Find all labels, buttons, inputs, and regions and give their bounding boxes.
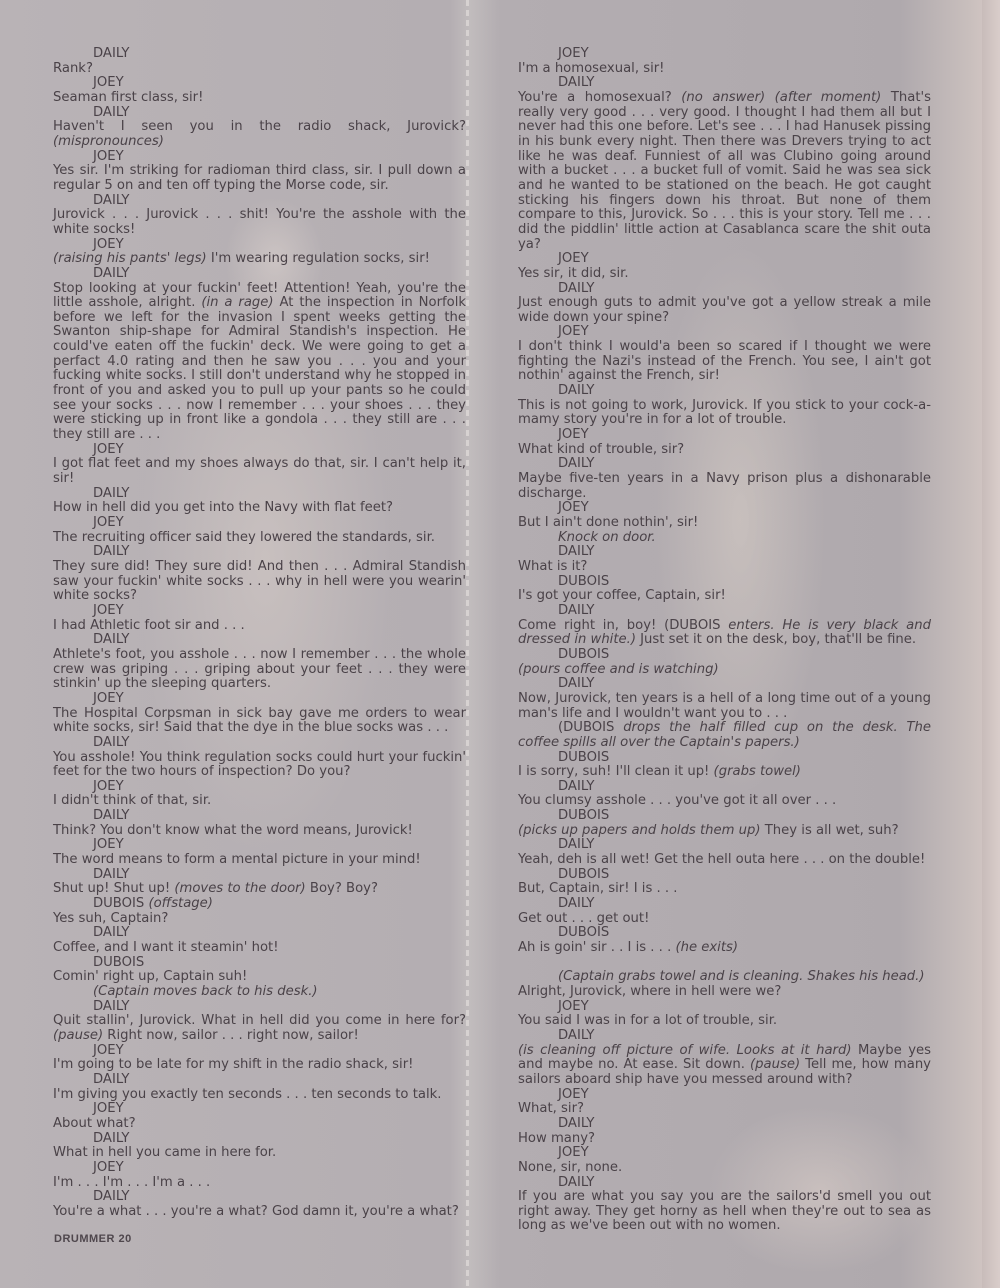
dialogue-line: But, Captain, sir! I is . . . xyxy=(518,882,931,897)
dialogue-text: I'm going to be late for my shift in the… xyxy=(53,1057,413,1072)
dialogue-line: Yes suh, Captain? xyxy=(53,912,466,927)
dialogue-text: I'm . . . I'm . . . I'm a . . . xyxy=(53,1175,210,1190)
speaker-name: JOEY xyxy=(518,47,931,62)
speaker-name: DAILY xyxy=(518,282,931,297)
stage-direction: (he exits) xyxy=(675,940,738,955)
dialogue-line: Now, Jurovick, ten years is a hell of a … xyxy=(518,692,931,721)
speaker-name: DUBOIS xyxy=(518,926,931,941)
dialogue-text: I is sorry, suh! I'll clean it up! xyxy=(518,764,714,779)
dialogue-line: They sure did! They sure did! And then .… xyxy=(53,560,466,604)
dialogue-line: Haven't I seen you in the radio shack, J… xyxy=(53,120,466,149)
dialogue-text: You clumsy asshole . . . you've got it a… xyxy=(518,793,836,808)
dialogue-line: Shut up! Shut up! (moves to the door) Bo… xyxy=(53,882,466,897)
speaker-name: DUBOIS (offstage) xyxy=(53,897,466,912)
dialogue-line: Maybe five-ten years in a Navy prison pl… xyxy=(518,472,931,501)
dialogue-text: The word means to form a mental picture … xyxy=(53,852,421,867)
page-edge xyxy=(982,0,1000,1288)
dialogue-line: How many? xyxy=(518,1132,931,1147)
speaker-name: JOEY xyxy=(518,1000,931,1015)
dialogue-text: Yes sir, it did, sir. xyxy=(518,266,629,281)
stage-direction: (grabs towel) xyxy=(714,764,801,779)
dialogue-line: I didn't think of that, sir. xyxy=(53,794,466,809)
speaker-name: JOEY xyxy=(53,692,466,707)
speaker-name: JOEY xyxy=(53,780,466,795)
dialogue-line: (picks up papers and holds them up) They… xyxy=(518,824,931,839)
speaker-name: DAILY xyxy=(518,545,931,560)
dialogue-line: I don't think I would'a been so scared i… xyxy=(518,340,931,384)
dialogue-text: I don't think I would'a been so scared i… xyxy=(518,339,931,383)
dialogue-text: Maybe five-ten years in a Navy prison pl… xyxy=(518,471,931,501)
stage-direction: (moves to the door) xyxy=(174,881,305,896)
speaker-name: JOEY xyxy=(53,604,466,619)
speaker-name: JOEY xyxy=(53,443,466,458)
dialogue-text: About what? xyxy=(53,1116,136,1131)
dialogue-text: Shut up! Shut up! xyxy=(53,881,174,896)
dialogue-line: The recruiting officer said they lowered… xyxy=(53,531,466,546)
dialogue-text: If you are what you say you are the sail… xyxy=(518,1189,931,1233)
speaker-name: DAILY xyxy=(53,1073,466,1088)
stage-direction: (is cleaning off picture of wife. Looks … xyxy=(518,1043,851,1058)
dialogue-line: What in hell you came in here for. xyxy=(53,1146,466,1161)
dialogue-text: Coffee, and I want it steamin' hot! xyxy=(53,940,278,955)
dialogue-text: (DUBOIS xyxy=(558,720,623,735)
dialogue-line: The Hospital Corpsman in sick bay gave m… xyxy=(53,707,466,736)
dialogue-line: I'm going to be late for my shift in the… xyxy=(53,1058,466,1073)
speaker-name: JOEY xyxy=(53,1161,466,1176)
dialogue-text: They is all wet, suh? xyxy=(761,823,899,838)
dialogue-text: None, sir, none. xyxy=(518,1160,622,1175)
speaker-name: DAILY xyxy=(518,1176,931,1191)
speaker-name: DAILY xyxy=(518,677,931,692)
dialogue-text: Yes sir. I'm striking for radioman third… xyxy=(53,163,466,193)
speaker-name: DAILY xyxy=(53,1132,466,1147)
speaker-name: DAILY xyxy=(53,47,466,62)
dialogue-line: I is sorry, suh! I'll clean it up! (grab… xyxy=(518,765,931,780)
speaker-name: DAILY xyxy=(518,780,931,795)
stage-direction-line: (DUBOIS drops the half filled cup on the… xyxy=(518,721,931,750)
dialogue-line: Just enough guts to admit you've got a y… xyxy=(518,296,931,325)
dialogue-text: This is not going to work, Jurovick. If … xyxy=(518,398,931,428)
dialogue-line: The word means to form a mental picture … xyxy=(53,853,466,868)
stage-direction-line: (Captain grabs towel and is cleaning. Sh… xyxy=(518,970,931,985)
dialogue-text: What in hell you came in here for. xyxy=(53,1145,276,1160)
stage-direction: (mispronounces) xyxy=(53,134,164,149)
speaker-name: DAILY xyxy=(53,1190,466,1205)
dialogue-text: Just set it on the desk, boy, that'll be… xyxy=(636,632,916,647)
dialogue-text: What, sir? xyxy=(518,1101,584,1116)
dialogue-text: Come right in, boy! (DUBOIS xyxy=(518,618,728,633)
dialogue-line: I got flat feet and my shoes always do t… xyxy=(53,457,466,486)
dialogue-text: I'm wearing regulation socks, sir! xyxy=(207,251,430,266)
dialogue-text: How many? xyxy=(518,1131,595,1146)
dialogue-text: They sure did! They sure did! And then .… xyxy=(53,559,466,603)
stage-direction: (raising his pants' legs) xyxy=(53,251,207,266)
dialogue-text: Think? You don't know what the word mean… xyxy=(53,823,413,838)
speaker-name: DAILY xyxy=(53,194,466,209)
dialogue-text: I'm giving you exactly ten seconds . . .… xyxy=(53,1087,441,1102)
dialogue-line: Ah is goin' sir . . I is . . . (he exits… xyxy=(518,941,931,956)
speaker-name: JOEY xyxy=(53,150,466,165)
page-footer: DRUMMER 20 xyxy=(54,1233,132,1245)
page-gutter xyxy=(466,0,469,1288)
dialogue-line: You asshole! You think regulation socks … xyxy=(53,751,466,780)
dialogue-text: Get out . . . get out! xyxy=(518,911,649,926)
dialogue-text: Yeah, deh is all wet! Get the hell outa … xyxy=(518,852,925,867)
speaker-name: DAILY xyxy=(53,868,466,883)
dialogue-line: You said I was in for a lot of trouble, … xyxy=(518,1014,931,1029)
speaker-name: JOEY xyxy=(53,1044,466,1059)
stage-direction: (pours coffee and is watching) xyxy=(518,662,719,677)
dialogue-line: Get out . . . get out! xyxy=(518,912,931,927)
dialogue-line: Come right in, boy! (DUBOIS enters. He i… xyxy=(518,619,931,648)
dialogue-text: Jurovick . . . Jurovick . . . shit! You'… xyxy=(53,207,466,237)
stage-direction: (pause) xyxy=(53,1028,103,1043)
speaker-name: DAILY xyxy=(53,487,466,502)
speaker-name: DUBOIS xyxy=(518,575,931,590)
dialogue-line: Coffee, and I want it steamin' hot! xyxy=(53,941,466,956)
speaker-name: JOEY xyxy=(518,252,931,267)
dialogue-text: Comin' right up, Captain suh! xyxy=(53,969,247,984)
dialogue-line: But I ain't done nothin', sir! xyxy=(518,516,931,531)
dialogue-line: (pours coffee and is watching) xyxy=(518,663,931,678)
speaker-name: DAILY xyxy=(518,457,931,472)
dialogue-line: None, sir, none. xyxy=(518,1161,931,1176)
dialogue-text: I's got your coffee, Captain, sir! xyxy=(518,588,726,603)
dialogue-line: I'm giving you exactly ten seconds . . .… xyxy=(53,1088,466,1103)
speaker-name: DAILY xyxy=(518,76,931,91)
dialogue-line: I'm a homosexual, sir! xyxy=(518,62,931,77)
dialogue-line: Alright, Jurovick, where in hell were we… xyxy=(518,985,931,1000)
dialogue-line: I's got your coffee, Captain, sir! xyxy=(518,589,931,604)
dialogue-line: How in hell did you get into the Navy wi… xyxy=(53,501,466,516)
dialogue-text: The recruiting officer said they lowered… xyxy=(53,530,435,545)
dialogue-line: I'm . . . I'm . . . I'm a . . . xyxy=(53,1176,466,1191)
dialogue-text: But, Captain, sir! I is . . . xyxy=(518,881,677,896)
dialogue-text: The Hospital Corpsman in sick bay gave m… xyxy=(53,706,466,736)
speaker-name: JOEY xyxy=(53,1102,466,1117)
dialogue-text: You asshole! You think regulation socks … xyxy=(53,750,466,780)
speaker-name: DAILY xyxy=(53,267,466,282)
speaker-name: DAILY xyxy=(53,633,466,648)
stage-direction: (pause) xyxy=(750,1057,800,1072)
speaker-name: DAILY xyxy=(53,1000,466,1015)
dialogue-text: Yes suh, Captain? xyxy=(53,911,168,926)
dialogue-text: But I ain't done nothin', sir! xyxy=(518,515,698,530)
speaker-name: JOEY xyxy=(518,325,931,340)
dialogue-text: Now, Jurovick, ten years is a hell of a … xyxy=(518,691,931,721)
dialogue-text: I got flat feet and my shoes always do t… xyxy=(53,456,466,486)
speaker-name: JOEY xyxy=(53,516,466,531)
speaker-name: DUBOIS xyxy=(518,648,931,663)
dialogue-line: Jurovick . . . Jurovick . . . shit! You'… xyxy=(53,208,466,237)
dialogue-line: This is not going to work, Jurovick. If … xyxy=(518,399,931,428)
stage-direction: (no answer) (after moment) xyxy=(681,90,881,105)
speaker-name: JOEY xyxy=(518,428,931,443)
dialogue-line: What, sir? xyxy=(518,1102,931,1117)
dialogue-line: (is cleaning off picture of wife. Looks … xyxy=(518,1044,931,1088)
dialogue-line: You're a homosexual? (no answer) (after … xyxy=(518,91,931,252)
dialogue-text: I'm a homosexual, sir! xyxy=(518,61,664,76)
dialogue-line: Rank? xyxy=(53,62,466,77)
dialogue-line: What kind of trouble, sir? xyxy=(518,443,931,458)
dialogue-line: You're a what . . . you're a what? God d… xyxy=(53,1205,466,1220)
speaker-name: DAILY xyxy=(53,106,466,121)
stage-direction: (in a rage) xyxy=(201,295,273,310)
dialogue-text: You said I was in for a lot of trouble, … xyxy=(518,1013,777,1028)
left-script-column: DAILYRank?JOEYSeaman first class, sir!DA… xyxy=(53,47,466,1220)
speaker-name: DAILY xyxy=(53,809,466,824)
stage-direction-line: Knock on door. xyxy=(518,531,931,546)
speaker-name: JOEY xyxy=(53,76,466,91)
dialogue-line: What is it? xyxy=(518,560,931,575)
dialogue-text: Boy? Boy? xyxy=(306,881,378,896)
speaker-name: DAILY xyxy=(53,545,466,560)
dialogue-line: Stop looking at your fuckin' feet! Atten… xyxy=(53,282,466,443)
dialogue-line: You clumsy asshole . . . you've got it a… xyxy=(518,794,931,809)
speaker-name: JOEY xyxy=(518,1146,931,1161)
dialogue-text: Rank? xyxy=(53,61,93,76)
dialogue-text: You're a what . . . you're a what? God d… xyxy=(53,1204,459,1219)
dialogue-line: Athlete's foot, you asshole . . . now I … xyxy=(53,648,466,692)
speaker-name: DAILY xyxy=(518,1117,931,1132)
dialogue-line: (raising his pants' legs) I'm wearing re… xyxy=(53,252,466,267)
speaker-name: DUBOIS xyxy=(518,751,931,766)
dialogue-line: Yes sir, it did, sir. xyxy=(518,267,931,282)
dialogue-line: About what? xyxy=(53,1117,466,1132)
dialogue-line: Quit stallin', Jurovick. What in hell di… xyxy=(53,1014,466,1043)
dialogue-text: What is it? xyxy=(518,559,587,574)
dialogue-text: Athlete's foot, you asshole . . . now I … xyxy=(53,647,466,691)
speaker-name: DAILY xyxy=(518,1029,931,1044)
speaker-name: DAILY xyxy=(53,736,466,751)
speaker-name: DAILY xyxy=(53,926,466,941)
speaker-name: JOEY xyxy=(518,501,931,516)
dialogue-text: I had Athletic foot sir and . . . xyxy=(53,618,245,633)
dialogue-line: Think? You don't know what the word mean… xyxy=(53,824,466,839)
speaker-name: JOEY xyxy=(53,838,466,853)
speaker-name: DAILY xyxy=(518,604,931,619)
speaker-name: DUBOIS xyxy=(518,868,931,883)
blank-line xyxy=(518,956,931,971)
dialogue-line: Seaman first class, sir! xyxy=(53,91,466,106)
dialogue-text: You're a homosexual? xyxy=(518,90,681,105)
speaker-name: DAILY xyxy=(518,384,931,399)
speaker-name: DUBOIS xyxy=(53,956,466,971)
dialogue-line: Comin' right up, Captain suh! xyxy=(53,970,466,985)
dialogue-text: Right now, sailor . . . right now, sailo… xyxy=(103,1028,359,1043)
dialogue-text: At the inspection in Norfolk before we l… xyxy=(53,295,466,442)
dialogue-line: Yeah, deh is all wet! Get the hell outa … xyxy=(518,853,931,868)
dialogue-text: I didn't think of that, sir. xyxy=(53,793,211,808)
dialogue-text: How in hell did you get into the Navy wi… xyxy=(53,500,393,515)
stage-direction-line: (Captain moves back to his desk.) xyxy=(53,985,466,1000)
dialogue-line: Yes sir. I'm striking for radioman third… xyxy=(53,164,466,193)
speaker-note: (offstage) xyxy=(144,896,213,911)
right-script-column: JOEYI'm a homosexual, sir!DAILYYou're a … xyxy=(518,47,931,1234)
dialogue-text: Seaman first class, sir! xyxy=(53,90,203,105)
stage-direction: (picks up papers and holds them up) xyxy=(518,823,761,838)
dialogue-text: That's really very good . . . very good.… xyxy=(518,90,931,252)
dialogue-line: I had Athletic foot sir and . . . xyxy=(53,619,466,634)
dialogue-text: Ah is goin' sir . . I is . . . xyxy=(518,940,675,955)
dialogue-text: Just enough guts to admit you've got a y… xyxy=(518,295,931,325)
speaker-name: DUBOIS xyxy=(518,809,931,824)
dialogue-text: Quit stallin', Jurovick. What in hell di… xyxy=(53,1013,466,1028)
speaker-name: DAILY xyxy=(518,838,931,853)
dialogue-text: Haven't I seen you in the radio shack, J… xyxy=(53,119,466,134)
speaker-name: DAILY xyxy=(518,897,931,912)
speaker-name: JOEY xyxy=(518,1088,931,1103)
dialogue-text: What kind of trouble, sir? xyxy=(518,442,684,457)
dialogue-line: If you are what you say you are the sail… xyxy=(518,1190,931,1234)
speaker-name: JOEY xyxy=(53,238,466,253)
